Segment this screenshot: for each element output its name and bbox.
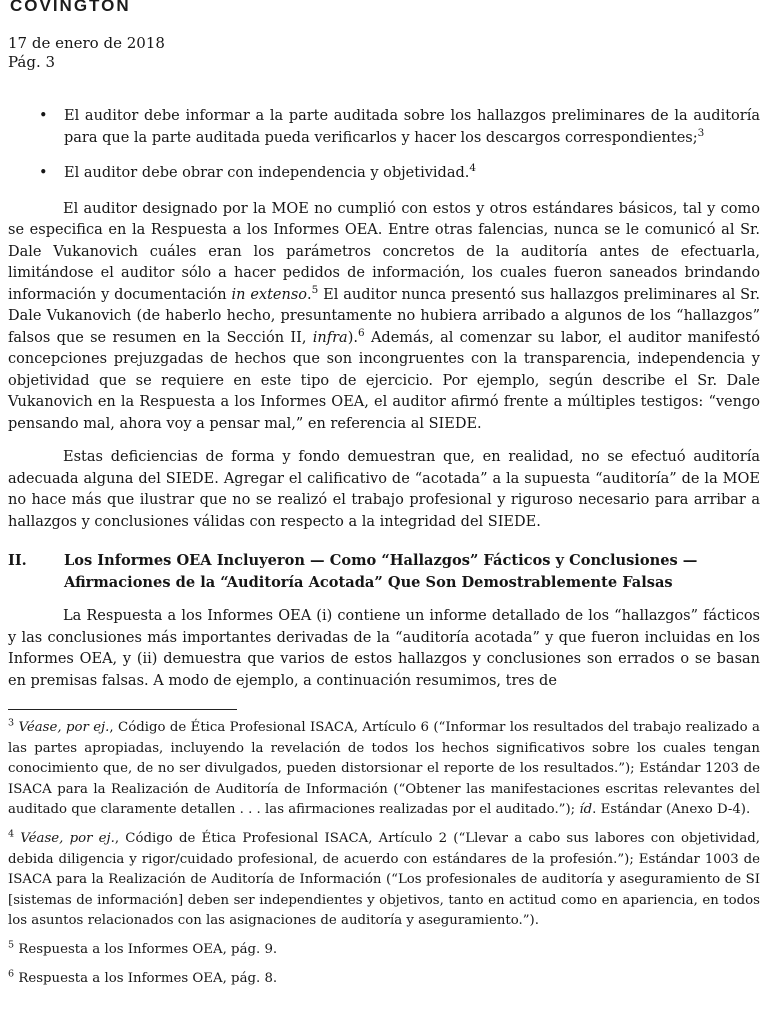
text-run: Estas deficiencias de forma y fondo demu…: [8, 449, 760, 530]
body-paragraph: Estas deficiencias de forma y fondo demu…: [8, 447, 760, 533]
footnote-separator: [8, 709, 237, 710]
bullet-item: El auditor debe obrar con independencia …: [8, 163, 760, 185]
letter-date: 17 de enero de 2018: [8, 34, 760, 53]
footnote: 6 Respuesta a los Informes OEA, pág. 8.: [8, 969, 760, 990]
firm-logo: COVINGTON: [10, 0, 760, 13]
footnote: 4 Véase, por ej., Código de Ética Profes…: [8, 829, 760, 932]
footnote-number: 6: [8, 968, 14, 979]
paragraphs-before-section: El auditor designado por la MOE no cumpl…: [8, 199, 760, 534]
text-run: Respuesta a los Informes OEA, pág. 9.: [18, 942, 277, 957]
letter-meta: 17 de enero de 2018 Pág. 3: [8, 34, 760, 72]
document-page: COVINGTON 17 de enero de 2018 Pág. 3 El …: [0, 0, 768, 1024]
section-heading-text: Los Informes OEA Incluyeron — Como “Hall…: [64, 552, 697, 591]
section-heading: II. Los Informes OEA Incluyeron — Como “…: [8, 550, 760, 594]
text-run: íd: [579, 802, 592, 817]
bullet-item: El auditor debe informar a la parte audi…: [8, 106, 760, 149]
footnote-number: 5: [8, 940, 14, 951]
text-run: Respuesta a los Informes OEA, pág. 8.: [18, 971, 277, 986]
page-number: Pág. 3: [8, 53, 760, 72]
text-run: Véase, por ej.: [18, 720, 109, 735]
section-number: II.: [8, 550, 27, 572]
paragraphs-after-section: La Respuesta a los Informes OEA (i) cont…: [8, 606, 760, 692]
footnote-reference: 4: [469, 162, 476, 174]
body-paragraph: La Respuesta a los Informes OEA (i) cont…: [8, 606, 760, 692]
text-run: El auditor debe obrar con independencia …: [64, 165, 469, 181]
footnote-number: 3: [8, 718, 14, 729]
text-run: La Respuesta a los Informes OEA (i) cont…: [8, 608, 760, 689]
footnote-list: 3 Véase, por ej., Código de Ética Profes…: [8, 718, 760, 989]
text-run: , Código de Ética Profesional ISACA, Art…: [8, 831, 760, 928]
letter-header: COVINGTON 17 de enero de 2018 Pág. 3: [8, 0, 760, 72]
footnote: 3 Véase, por ej., Código de Ética Profes…: [8, 718, 760, 821]
footnote-number: 4: [8, 829, 14, 840]
text-run: ).: [348, 330, 358, 346]
footnote-reference: 3: [698, 127, 705, 139]
letter-body: El auditor debe informar a la parte audi…: [8, 106, 760, 989]
text-run: infra: [313, 330, 348, 346]
text-run: Véase, por ej.: [20, 831, 115, 846]
bullet-list: El auditor debe informar a la parte audi…: [8, 106, 760, 185]
text-run: El auditor debe informar a la parte audi…: [64, 108, 760, 146]
footnote-reference: 6: [358, 327, 365, 339]
text-run: in extenso: [231, 287, 307, 303]
footnote: 5 Respuesta a los Informes OEA, pág. 9.: [8, 940, 760, 961]
text-run: . Estándar (Anexo D-4).: [592, 802, 750, 817]
body-paragraph: El auditor designado por la MOE no cumpl…: [8, 199, 760, 436]
